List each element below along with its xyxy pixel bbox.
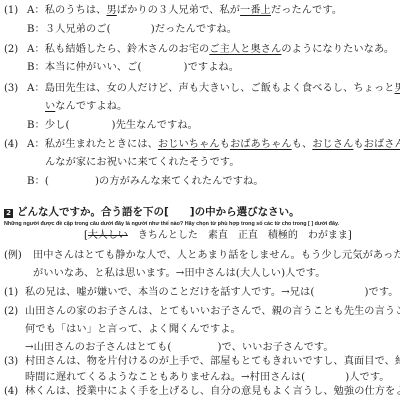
text: 時間に遅れてくるようなこともありませんね。→村田さんは( (25, 372, 305, 383)
question-line: 林くんは、授業中によく手を上げるし、自分の意見もよく言うし、勉強の仕方をよく先 (25, 386, 400, 398)
speaker-label: B： (27, 24, 45, 35)
underlined-term: 男みた (395, 83, 400, 94)
text: も、 (292, 139, 313, 150)
text: 本当に仲がいい、ご( (45, 62, 142, 73)
example-line: 田中さんはとても静かな人で、人とあまり話をしません。もう少し元気があったほう (33, 250, 400, 262)
underlined-term: おばさん (364, 139, 400, 150)
word-bank: [大人しいきちんとした素直正直積極的わがまま] (84, 230, 352, 242)
text: のようになりたいなあ。 (281, 44, 394, 55)
dialogue-b-line: B：本当に仲がいい、ご()ですよね。 (27, 62, 239, 74)
bracket-close: ] (348, 230, 352, 241)
question-line: 村田さんは、物を片付けるのが上手で、部屋もとてもきれいですし、真面目で、約束の (25, 356, 400, 368)
dialogue-a-line: A：私が生まれたときには、おじいちゃんもおばあちゃんも、おじさんもおばさんもみ (27, 139, 400, 151)
question-line: 山田さんの家のお子さんは、とてもいいお子さんで、親の言うことも先生の言うことも、 (25, 306, 400, 318)
item-number: (4) (4, 386, 18, 398)
dialogue-b-line: B：３人兄弟のご()だったんですね。 (27, 24, 237, 36)
text: )だったんですね。 (151, 24, 237, 35)
item-number: (3) (4, 83, 18, 95)
text: 島田先生は、女の人だけど、声も大きいし、ご飯もよく食べるし、ちょっと (45, 83, 395, 94)
text: も (220, 139, 230, 150)
dialogue-a-line: A：島田先生は、女の人だけど、声も大きいし、ご飯もよく食べるし、ちょっと男みた (27, 83, 400, 95)
section-title: どんな人ですか。合う語を下の[ ]の中から選びなさい。 (17, 206, 300, 218)
word-bank-item: きちんとした (138, 230, 198, 241)
text: 私の兄は、嘘が嫌いで、本当のことだけを話す人です。→兄は( (25, 287, 314, 298)
text: )です。 (364, 287, 398, 298)
underlined-term: 男 (106, 5, 116, 16)
section-heading: 2どんな人ですか。合う語を下の[ ]の中から選びなさい。 (4, 206, 300, 219)
text: 私も結婚したら、鈴木さんのお宅の (45, 44, 210, 55)
text: も (353, 139, 363, 150)
text: )ですよね。 (184, 62, 240, 73)
item-number: (1) (4, 5, 18, 17)
word-bank-item: 積極的 (268, 230, 298, 241)
word-bank-item: 素直 (208, 230, 228, 241)
text: 少し( (45, 120, 70, 131)
question-line: 時間に遅れてくるようなこともありませんね。→村田さんは()人です。 (25, 372, 390, 384)
speaker-label: B： (27, 62, 45, 73)
word-bank-item: わがまま (308, 230, 348, 241)
dialogue-a-line-cont: いなんですよね。 (45, 101, 127, 113)
item-number: (4) (4, 139, 18, 151)
text: →山田さんのお子さんはとても( (25, 342, 171, 353)
question-line: 私の兄は、嘘が嫌いで、本当のことだけを話す人です。→兄は()です。 (25, 287, 399, 299)
item-number: (2) (4, 306, 18, 318)
underlined-term: おばあちゃん (230, 139, 292, 150)
speaker-label: B： (27, 120, 45, 131)
dialogue-a-line: A：私のうちは、男ばかりの３人兄弟で、私が一番上だったんです。 (27, 5, 342, 17)
text: だったんです。 (271, 5, 342, 16)
underlined-term: 一番上 (240, 5, 271, 16)
text: ばかりの３人兄弟で、私が (117, 5, 240, 16)
speaker-label: A： (27, 83, 45, 94)
text: ( (45, 176, 49, 187)
underlined-term: ご主人と奥さん (209, 44, 281, 55)
text: 私が生まれたときには、 (45, 139, 158, 150)
dialogue-a-line-cont: んなが家にお祝いに来てくれたそうです。 (45, 157, 240, 169)
dialogue-b-line: B：少し()先生なんですね。 (27, 120, 198, 132)
text: 私のうちは、 (45, 5, 107, 16)
dialogue-b-line: B：()の方がみんな来てくれたんですね。 (27, 176, 264, 188)
underlined-term: い (45, 101, 55, 112)
text: )で、いいお子さんです。 (217, 342, 333, 353)
text: )の方がみんな来てくれたんですね。 (95, 176, 264, 187)
text: なんですよね。 (55, 101, 127, 112)
example-label: (例) (4, 250, 22, 262)
underlined-term: おじいちゃん (158, 139, 220, 150)
section-subtitle-vietnamese: Những người được đề cập trong câu dưới đ… (4, 221, 339, 228)
item-number: (1) (4, 287, 18, 299)
item-number: (2) (4, 44, 18, 56)
speaker-label: A： (27, 5, 45, 16)
section-number-badge: 2 (4, 209, 13, 218)
word-bank-item-used: 大人しい (88, 230, 128, 241)
speaker-label: A： (27, 44, 45, 55)
dialogue-a-line: A：私も結婚したら、鈴木さんのお宅のご主人と奥さんのようになりたいなあ。 (27, 44, 394, 56)
text: )人です。 (345, 372, 389, 383)
item-number: (3) (4, 356, 18, 368)
text: )先生なんですね。 (112, 120, 198, 131)
question-line: 何でも「はい」と言って、よく聞くんですよ。 (25, 324, 241, 336)
text: ３人兄弟のご( (45, 24, 111, 35)
word-bank-item: 正直 (238, 230, 258, 241)
example-line: がいいなあ、と私は思います。→田中さんは(大人しい)人です。 (33, 268, 326, 280)
speaker-label: B： (27, 176, 45, 187)
underlined-term: おじさん (312, 139, 353, 150)
speaker-label: A： (27, 139, 45, 150)
question-line: →山田さんのお子さんはとても()で、いいお子さんです。 (25, 342, 334, 354)
